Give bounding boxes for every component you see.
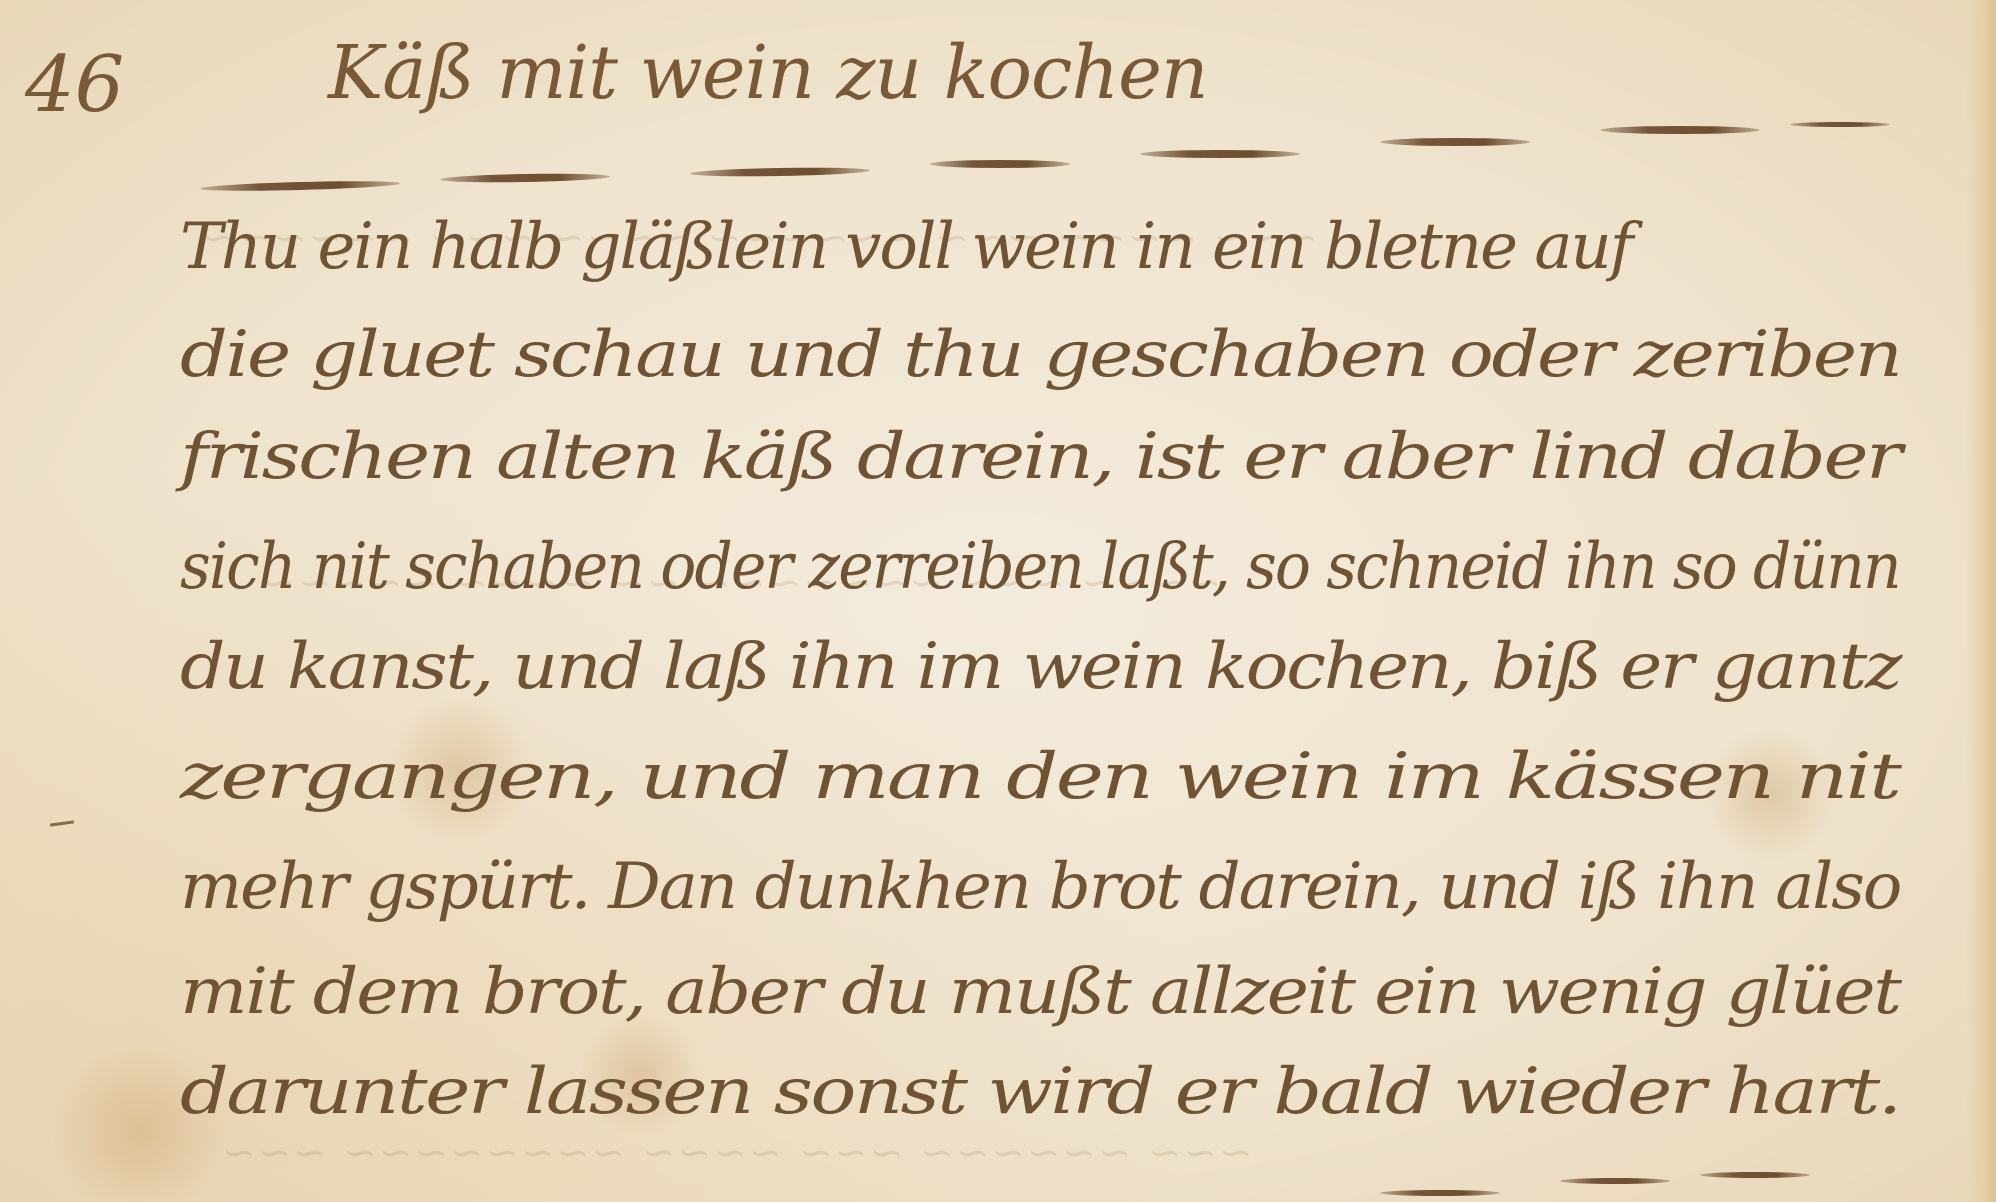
text-line-8: mit dem brot, aber du mußt allzeit ein w…	[180, 955, 1900, 1029]
text-line-6: zergangen, und man den wein im kässen ni…	[180, 740, 1899, 814]
text-line-7: mehr gspürt. Dan dunkhen brot darein, un…	[180, 850, 1900, 924]
recipe-title: Käß mit wein zu kochen	[328, 30, 1208, 116]
bottom-stroke	[1380, 1190, 1500, 1196]
title-rule	[690, 166, 870, 177]
title-rule	[200, 179, 400, 192]
title-rule	[440, 173, 610, 184]
title-rule	[1140, 150, 1300, 158]
bottom-stroke	[1700, 1172, 1810, 1178]
margin-mark	[50, 820, 74, 826]
page-number: 46	[25, 40, 124, 130]
text-line-1: Thu ein halb gläßlein voll wein in ein b…	[180, 210, 1900, 284]
text-line-2: die gluet schau und thu geschaben oder z…	[180, 318, 1901, 392]
text-line-3: frischen alten käß darein, ist er aber l…	[180, 420, 1900, 494]
text-line-5: du kanst, und laß ihn im wein kochen, bi…	[180, 630, 1900, 704]
title-rule	[1600, 126, 1760, 134]
manuscript-page: ~~~ ~~~~ ~~~ ~~~~~~ ~~~~ ~~~ ~~~~~~ ~~~~…	[0, 0, 1996, 1202]
text-line-9: darunter lassen sonst wird er bald wiede…	[180, 1055, 1900, 1129]
page-edge	[1966, 0, 1996, 1202]
text-line-4: sich nit schaben oder zerreiben laßt, so…	[180, 530, 1900, 604]
bottom-stroke	[1560, 1178, 1670, 1184]
title-rule	[1380, 138, 1530, 146]
title-rule	[1790, 122, 1890, 127]
bleed-through-text: ~~~ ~~~~~~ ~~~ ~~~~ ~~~~~~~~ ~~~	[220, 1130, 1253, 1176]
title-rule	[930, 160, 1070, 168]
